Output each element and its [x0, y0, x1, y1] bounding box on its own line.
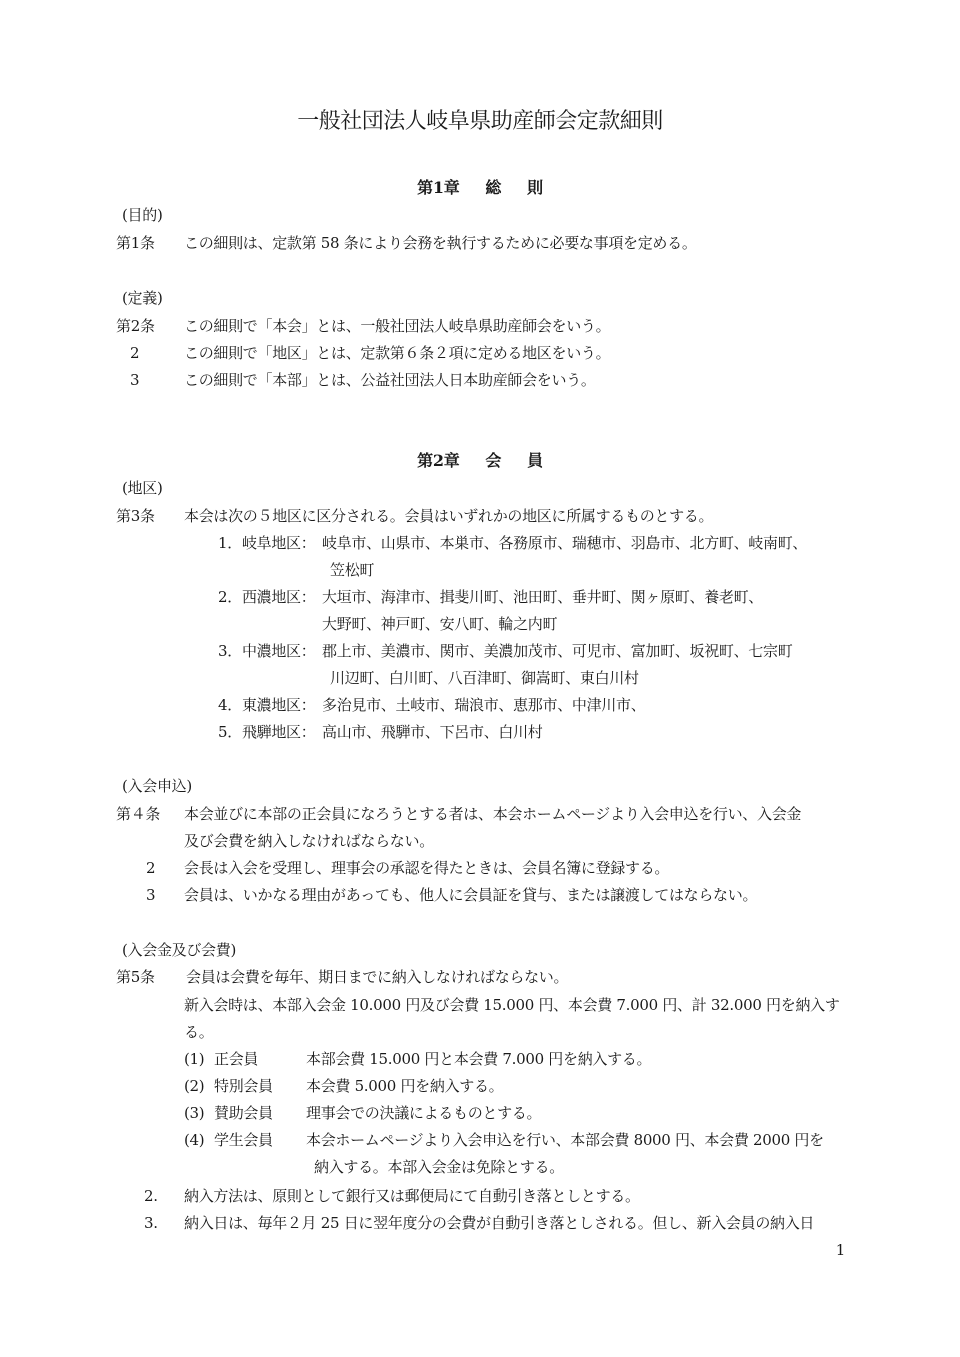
district-towns: 高山市、飛騨市、下呂市、白川村 — [322, 722, 543, 742]
district-towns: 郡上市、美濃市、関市、美濃加茂市、可児市、富加町、坂祝町、七宗町 — [322, 641, 792, 661]
district-towns-cont: 大野町、神戸町、安八町、輪之内町 — [322, 614, 557, 634]
member-type-name: 正会員 — [214, 1049, 258, 1069]
document-title: 一般社団法人岐阜県助産師会定款細則 — [0, 108, 960, 136]
article-4-item-number: 2 — [146, 858, 155, 878]
district-towns-cont: 笠松町 — [330, 560, 374, 580]
member-type-number: (3) — [184, 1103, 204, 1123]
chapter-name-part: 員 — [527, 451, 543, 470]
article-3-number: 第3条 — [116, 506, 155, 526]
article-2-number: 第2条 — [116, 316, 155, 336]
article-5-item-number: 3. — [144, 1213, 158, 1233]
district-towns-cont: 川辺町、白川町、八百津町、御嵩町、東白川村 — [330, 668, 639, 688]
article-5-text-line3: る。 — [184, 1022, 213, 1042]
member-type-number: (1) — [184, 1049, 204, 1069]
member-type-name: 特別会員 — [214, 1076, 273, 1096]
member-type-fee: 本会ホームページより入会申込を行い、本部会費 8000 円、本会費 2000 円… — [306, 1130, 824, 1150]
article-4-item-number: 3 — [146, 885, 155, 905]
chapter-2-heading: 第2章会員 — [0, 451, 960, 471]
chapter-number: 第1章 — [417, 178, 459, 197]
district-towns: 多治見市、土岐市、瑞浪市、恵那市、中津川市、 — [322, 695, 645, 715]
article-5-number: 第5条 — [116, 967, 155, 987]
chapter-name-part: 則 — [527, 178, 543, 197]
member-type-fee: 本部会費 15.000 円と本会費 7.000 円を納入する。 — [306, 1049, 651, 1069]
article-5-item-text: 納入方法は、原則として銀行又は郵便局にて自動引き落としとする。 — [184, 1186, 640, 1206]
section-heading-definitions: (定義) — [122, 288, 163, 308]
section-heading-application: (入会申込) — [122, 776, 192, 796]
article-5-item-number: 2. — [144, 1186, 158, 1206]
member-type-number: (2) — [184, 1076, 204, 1096]
district-towns: 大垣市、海津市、揖斐川町、池田町、垂井町、関ヶ原町、養老町、 — [322, 587, 763, 607]
article-5-text: 会員は会費を毎年、期日までに納入しなければならない。 — [186, 967, 568, 987]
member-type-name: 学生会員 — [214, 1130, 273, 1150]
section-heading-fees: (入会金及び会費) — [122, 940, 236, 960]
chapter-name-part: 会 — [485, 451, 501, 470]
district-label: 3．中濃地区： — [218, 641, 315, 661]
district-label: 1．岐阜地区： — [218, 533, 315, 553]
article-4-item-text: 会員は、いかなる理由があっても、他人に会員証を貸与、または譲渡してはならない。 — [184, 885, 757, 905]
article-5-text-line2: 新入会時は、本部入会金 10.000 円及び会費 15.000 円、本会費 7.… — [184, 995, 840, 1015]
district-towns: 岐阜市、山県市、本巣市、各務原市、瑞穂市、羽島市、北方町、岐南町、 — [322, 533, 807, 553]
member-type-fee-cont: 納入する。本部入会金は免除とする。 — [314, 1157, 564, 1177]
member-type-name: 賛助会員 — [214, 1103, 273, 1123]
article-4-number: 第４条 — [116, 804, 160, 824]
member-type-fee: 理事会での決議によるものとする。 — [306, 1103, 541, 1123]
member-type-fee: 本会費 5.000 円を納入する。 — [306, 1076, 503, 1096]
article-1-number: 第1条 — [116, 233, 155, 253]
article-2-item-number: 3 — [130, 370, 139, 390]
article-2-item-text: この細則で「本部」とは、公益社団法人日本助産師会をいう。 — [184, 370, 596, 390]
section-heading-districts: (地区) — [122, 478, 163, 498]
article-3-text: 本会は次の５地区に区分される。会員はいずれかの地区に所属するものとする。 — [184, 506, 713, 526]
district-label: 5．飛騨地区： — [218, 722, 315, 742]
section-heading-purpose: (目的) — [122, 205, 163, 225]
article-2-item-number: 2 — [130, 343, 139, 363]
page-number: 1 — [836, 1240, 845, 1260]
article-2-item-text: この細則で「地区」とは、定款第６条２項に定める地区をいう。 — [184, 343, 610, 363]
article-4-text-cont: 及び会費を納入しなければならない。 — [184, 831, 434, 851]
chapter-name-part: 総 — [485, 178, 501, 197]
chapter-number: 第2章 — [417, 451, 459, 470]
district-label: 2．西濃地区： — [218, 587, 315, 607]
article-1-text: この細則は、定款第 58 条により会務を執行するために必要な事項を定める。 — [184, 233, 697, 253]
article-5-item-text: 納入日は、毎年２月 25 日に翌年度分の会費が自動引き落としされる。但し、新入会… — [184, 1213, 814, 1233]
chapter-1-heading: 第1章総則 — [0, 178, 960, 198]
article-4-text: 本会並びに本部の正会員になろうとする者は、本会ホームページより入会申込を行い、入… — [184, 804, 801, 824]
article-2-text: この細則で「本会」とは、一般社団法人岐阜県助産師会をいう。 — [184, 316, 610, 336]
article-4-item-text: 会長は入会を受理し、理事会の承認を得たときは、会員名簿に登録する。 — [184, 858, 669, 878]
district-label: 4．東濃地区： — [218, 695, 315, 715]
member-type-number: (4) — [184, 1130, 204, 1150]
